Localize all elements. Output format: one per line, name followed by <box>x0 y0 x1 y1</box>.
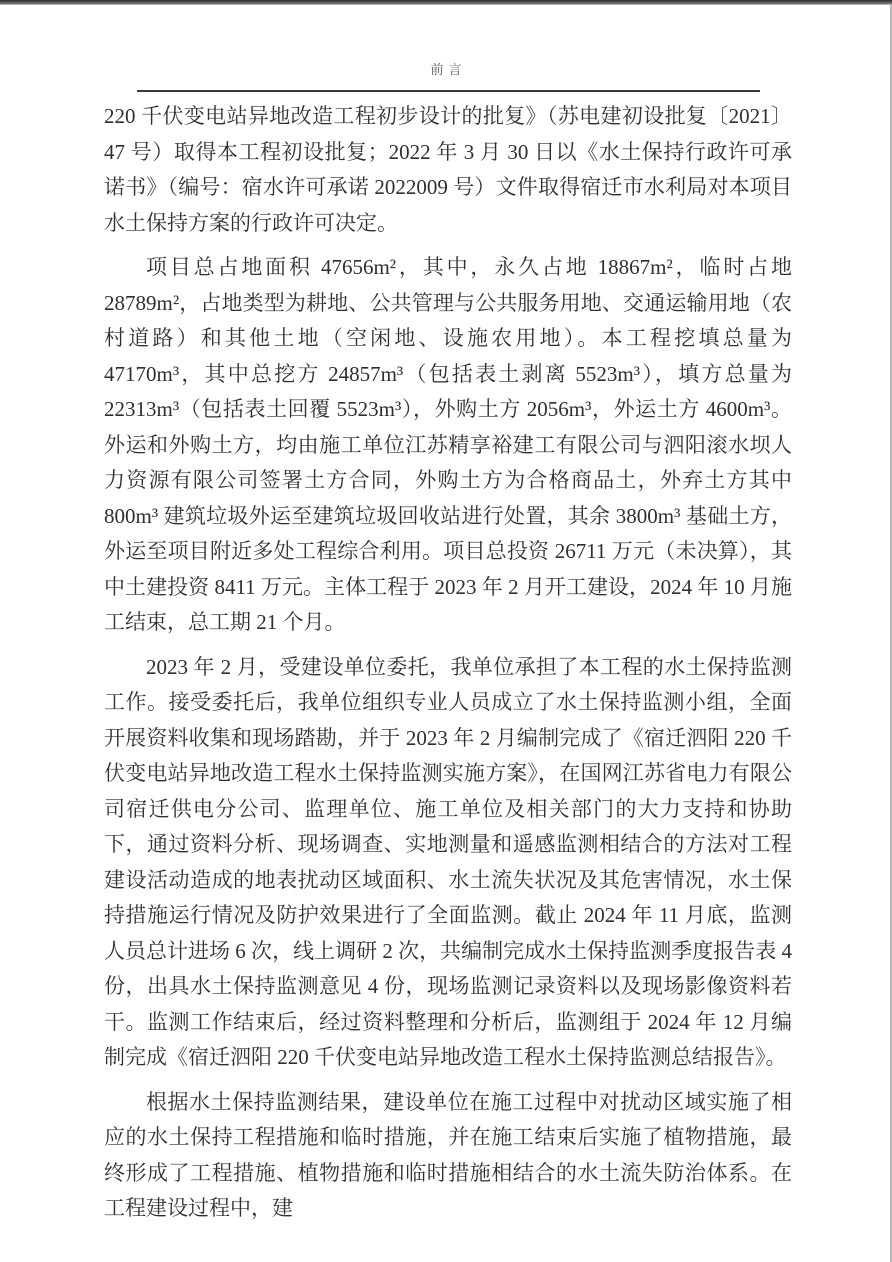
paragraph: 220 千伏变电站异地改造工程初步设计的批复》（苏电建初设批复〔2021〕47 … <box>104 99 792 241</box>
document-page: 前言 220 千伏变电站异地改造工程初步设计的批复》（苏电建初设批复〔2021〕… <box>0 0 892 1262</box>
paragraph: 项目总占地面积 47656m²，其中，永久占地 18867m²，临时占地 287… <box>104 250 792 641</box>
scan-top-edge <box>0 0 892 5</box>
header-rule <box>137 90 760 92</box>
paragraph: 根据水土保持监测结果，建设单位在施工过程中对扰动区域实施了相应的水土保持工程措施… <box>104 1085 792 1227</box>
paragraph: 2023 年 2 月，受建设单位委托，我单位承担了本工程的水土保持监测工作。接受… <box>104 650 792 1076</box>
running-header-title: 前言 <box>0 59 892 78</box>
document-body: 220 千伏变电站异地改造工程初步设计的批复》（苏电建初设批复〔2021〕47 … <box>104 99 792 1236</box>
